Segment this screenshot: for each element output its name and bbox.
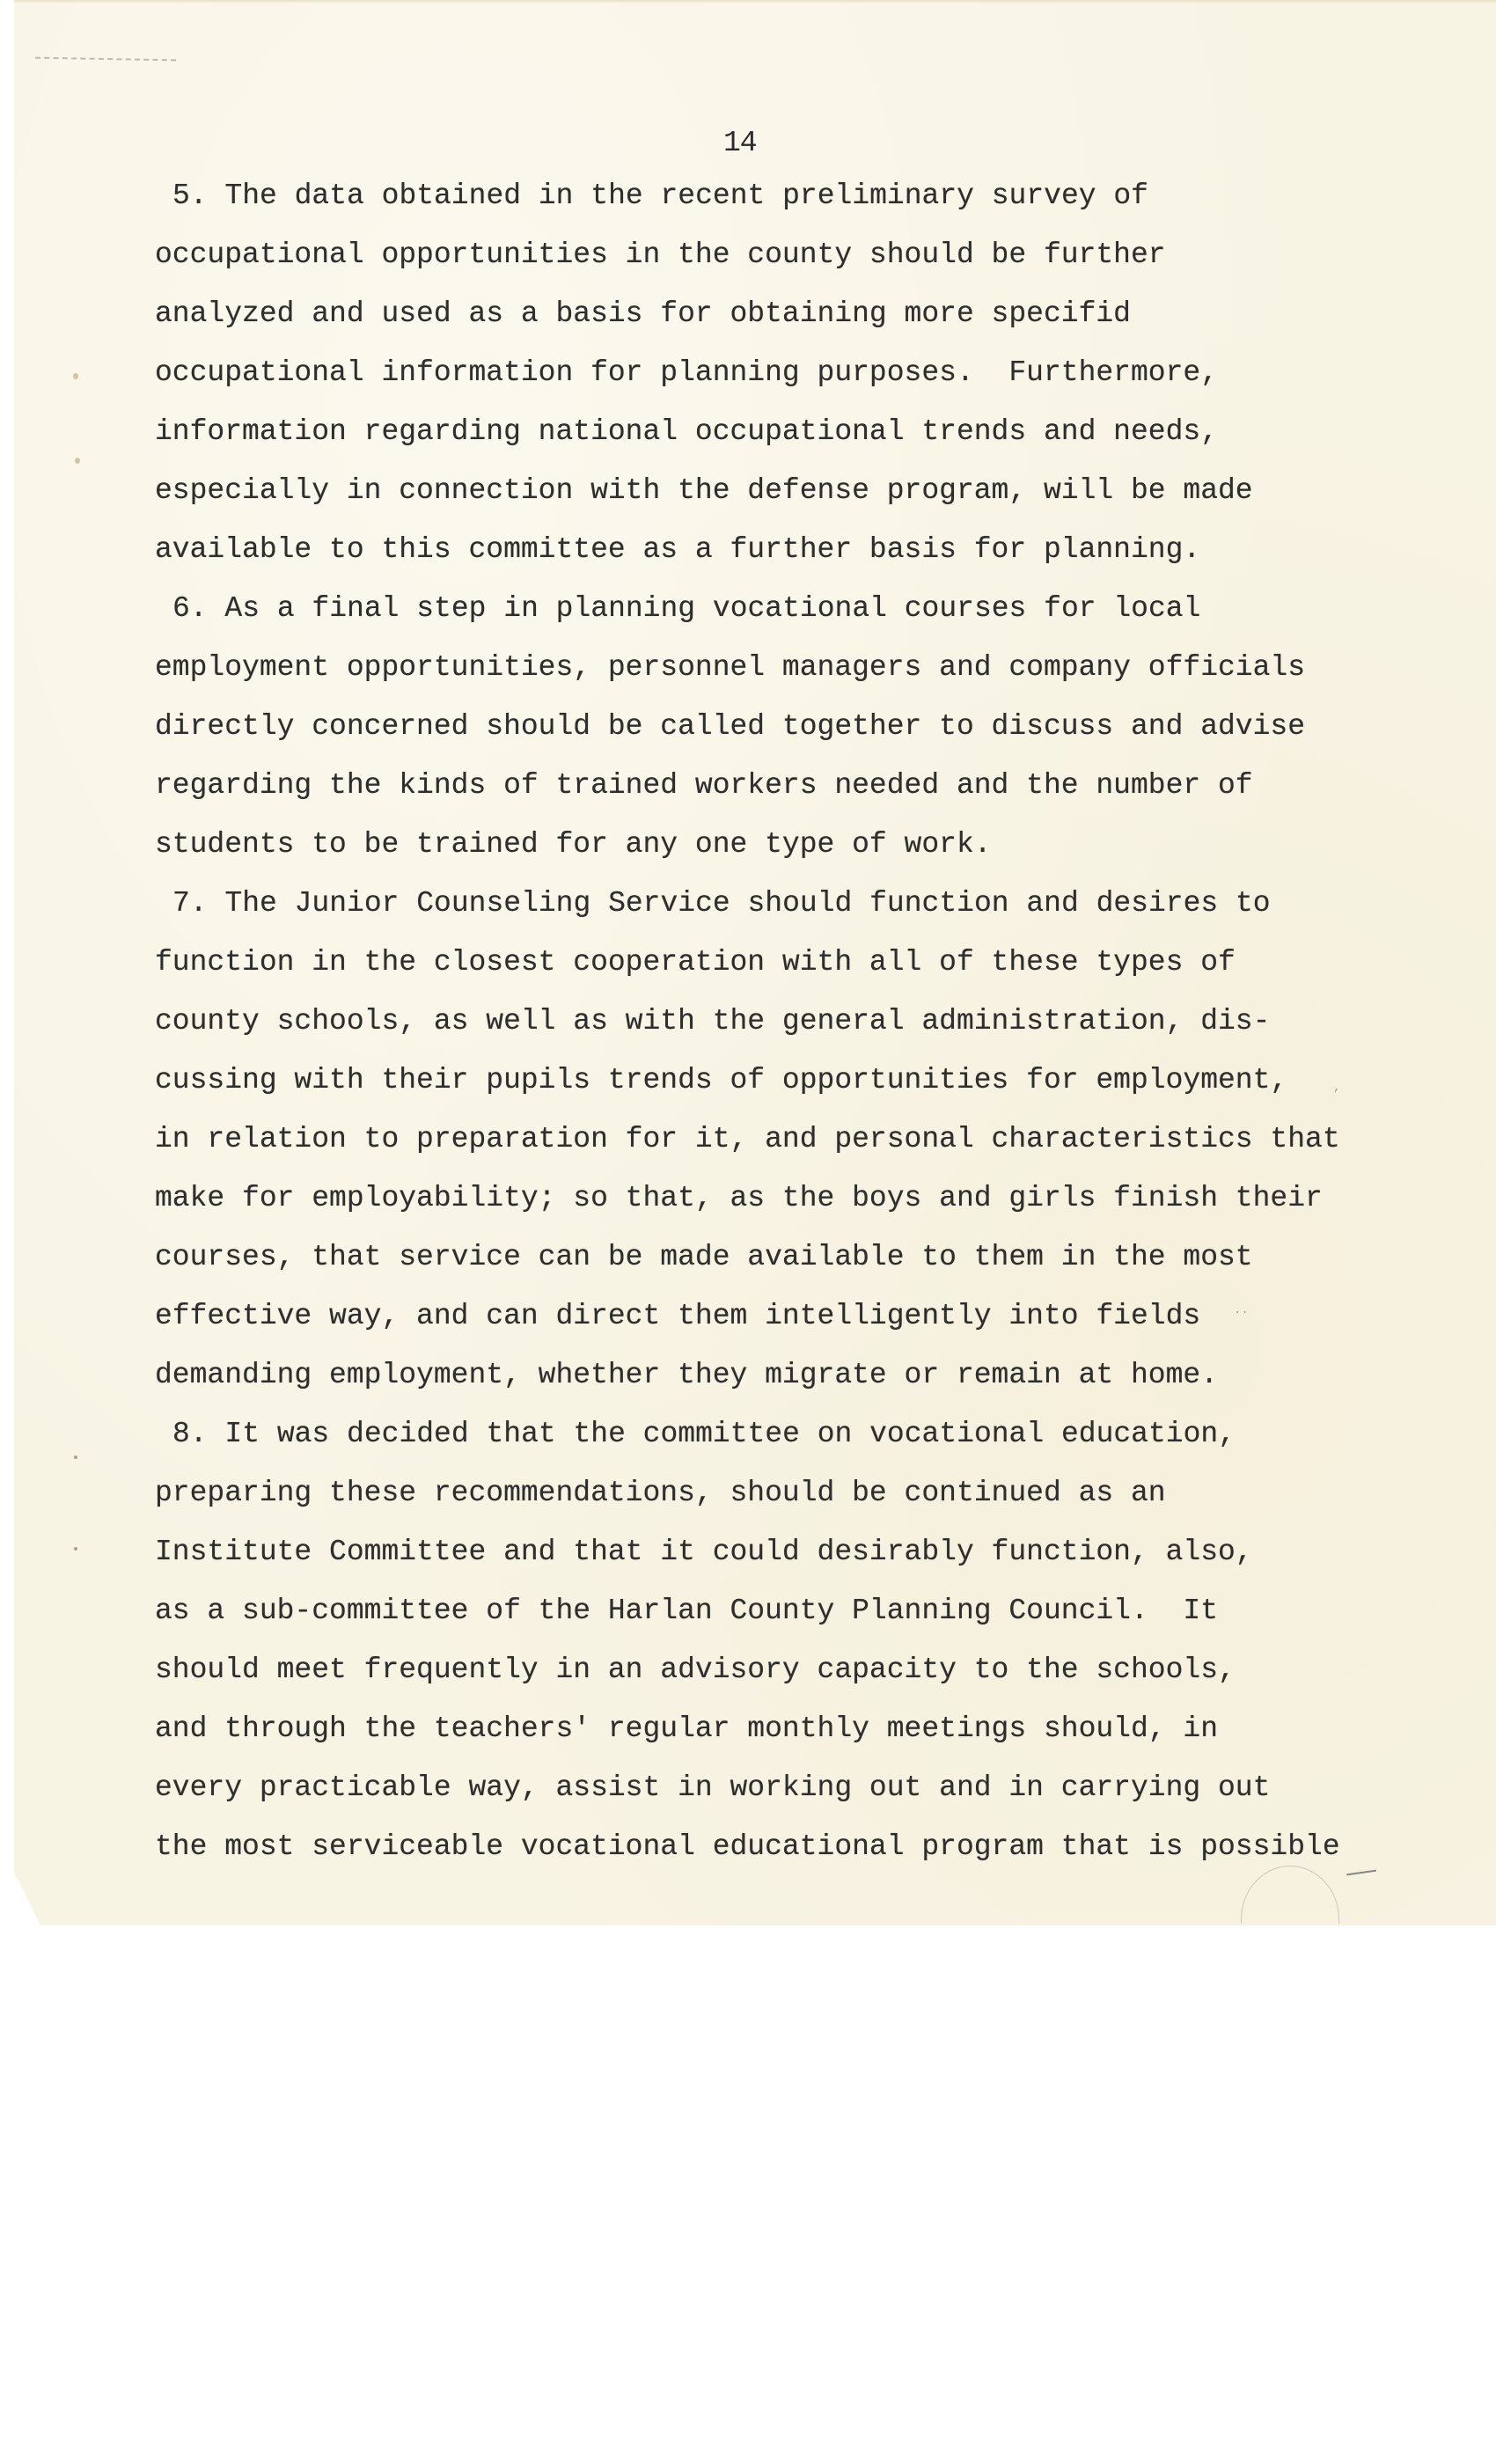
text-line: demanding employment, whether they migra…	[155, 1360, 1440, 1419]
stray-ink-mark: ··	[1234, 1306, 1249, 1320]
paragraph-8: 8. It was decided that the committee on …	[155, 1419, 1440, 1891]
document-body: 5. The data obtained in the recent preli…	[155, 181, 1440, 1891]
paragraph-7: 7. The Junior Counseling Service should …	[155, 889, 1440, 1419]
text-line: function in the closest cooperation with…	[155, 948, 1440, 1007]
text-line: the most serviceable vocational educatio…	[155, 1832, 1440, 1891]
paper-top-edge	[14, 0, 1496, 4]
text-line: occupational opportunities in the county…	[155, 240, 1440, 299]
text-line: should meet frequently in an advisory ca…	[155, 1655, 1440, 1714]
text-line: and through the teachers' regular monthl…	[155, 1714, 1440, 1773]
paragraph-5: 5. The data obtained in the recent preli…	[155, 181, 1440, 594]
text-line: every practicable way, assist in working…	[155, 1773, 1440, 1832]
text-line: analyzed and used as a basis for obtaini…	[155, 299, 1440, 358]
text-line: as a sub-committee of the Harlan County …	[155, 1596, 1440, 1655]
text-line: students to be trained for any one type …	[155, 830, 1440, 889]
text-line: courses, that service can be made availa…	[155, 1243, 1440, 1302]
paragraph-6: 6. As a final step in planning vocationa…	[155, 594, 1440, 889]
text-line: cussing with their pupils trends of oppo…	[155, 1066, 1440, 1125]
text-line: in relation to preparation for it, and p…	[155, 1125, 1440, 1184]
text-line: 5. The data obtained in the recent preli…	[155, 181, 1440, 240]
stray-ink-mark: ,	[1333, 1081, 1340, 1095]
text-line: preparing these recommendations, should …	[155, 1478, 1440, 1537]
text-line: especially in connection with the defens…	[155, 476, 1440, 535]
paper-speck	[75, 458, 80, 464]
pencil-arc-mark	[1241, 1866, 1339, 1973]
text-line: 8. It was decided that the committee on …	[155, 1419, 1440, 1478]
text-line: make for employability; so that, as the …	[155, 1184, 1440, 1243]
text-line: 6. As a final step in planning vocationa…	[155, 594, 1440, 653]
text-line: available to this committee as a further…	[155, 535, 1440, 594]
text-line: employment opportunities, personnel mana…	[155, 653, 1440, 712]
text-line: county schools, as well as with the gene…	[155, 1007, 1440, 1066]
text-line: directly concerned should be called toge…	[155, 712, 1440, 771]
paper-speck	[73, 373, 78, 379]
paper-speck	[74, 1547, 77, 1551]
text-line: 7. The Junior Counseling Service should …	[155, 889, 1440, 948]
text-line: occupational information for planning pu…	[155, 358, 1440, 417]
text-line: Institute Committee and that it could de…	[155, 1537, 1440, 1596]
text-line: information regarding national occupatio…	[155, 417, 1440, 476]
text-line: regarding the kinds of trained workers n…	[155, 771, 1440, 830]
page-number: 14	[723, 128, 757, 158]
paper-speck	[74, 1456, 77, 1459]
